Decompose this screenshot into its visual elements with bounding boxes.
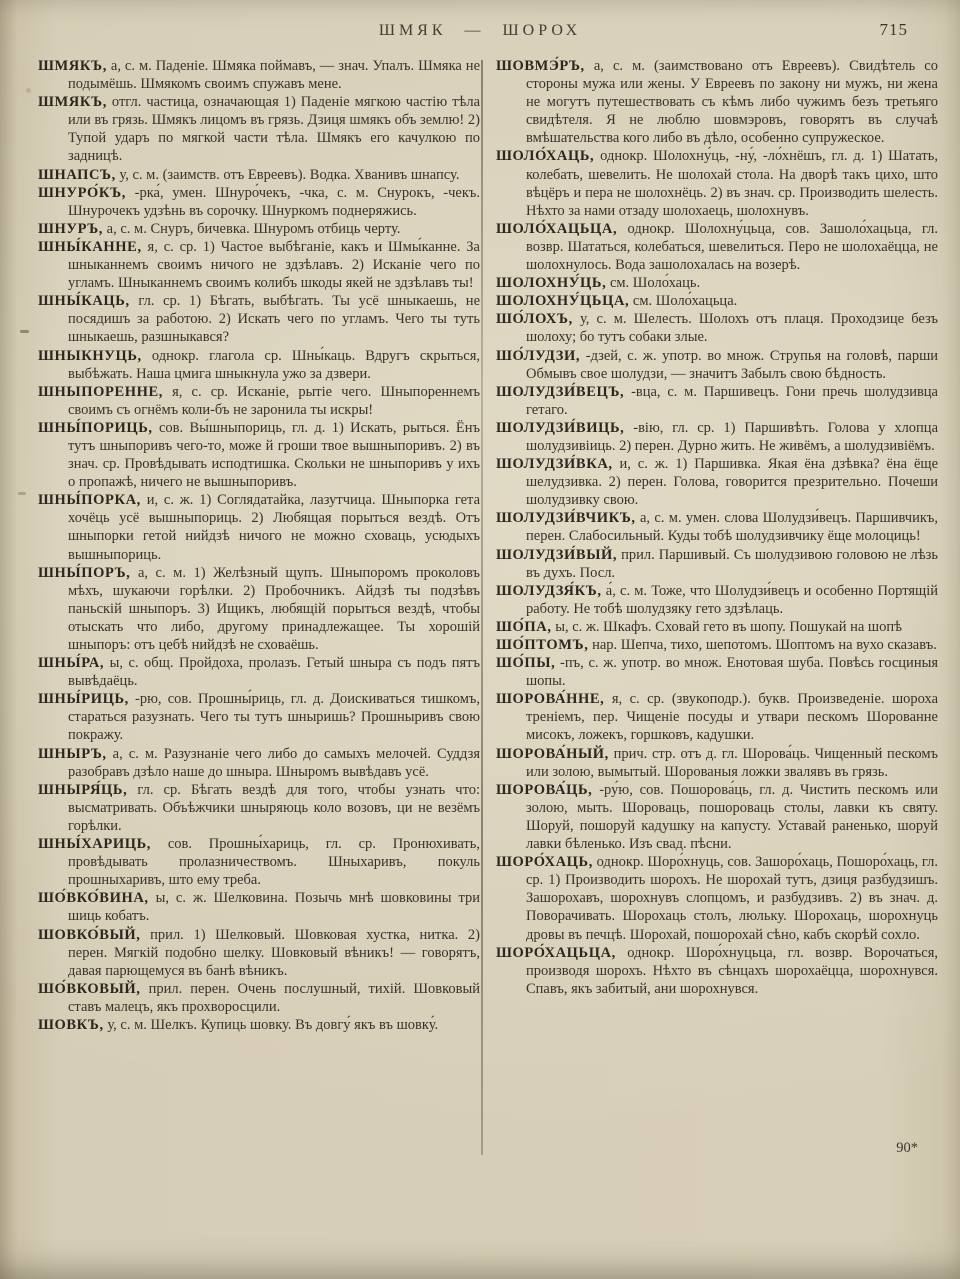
entry-headword: ШОРОВА́НЫЙ, [496,746,609,762]
entry-headword: ШНЫКНУЦЬ, [38,348,142,364]
dictionary-entry: ШОЛУДЗИ́ВКА, и, с. ж. 1) Паршивка. Якая … [496,455,938,509]
dictionary-entry: ШО́ПЫ, -пъ, с. ж. употр. во множ. Енотов… [496,654,938,690]
entry-definition: у, с. м. (заимств. отъ Евреевъ). Водка. … [119,167,459,183]
entry-definition: ы, с. ж. Шкафъ. Сховай гето въ шопу. Пош… [555,619,902,635]
dictionary-entry: ШОРО́ХАЦЬЦА, однокр. Шоро́хнуцьца, гл. в… [496,944,938,998]
entry-definition: гл. ср. Бѣгать вездѣ для того, чтобы узн… [68,782,480,834]
dictionary-entry: ШНУРЪ, а, с. м. Снуръ, бичевка. Шнуромъ … [38,220,480,238]
scan-artifact [20,330,29,333]
page-number: 715 [880,20,909,40]
entry-headword: ШО́ВКО́ВИНА, [38,890,149,906]
entry-headword: ШО́ЛУДЗИ, [496,348,580,364]
dictionary-entry: ШНЫ́РА, ы, с. общ. Пройдоха, пролазъ. Ге… [38,654,480,690]
entry-headword: ШНЫ́КАЦЬ, [38,293,130,309]
dictionary-entry: ШОЛО́ХАЦЬ, однокр. Шолохну́ць, -ну́, -ло… [496,147,938,219]
dictionary-entry: ШОЛОХНУ́ЦЬ, см. Шоло́хаць. [496,274,938,292]
entry-headword: ШНАПСЪ, [38,167,116,183]
dictionary-entry: ШО́ПА, ы, с. ж. Шкафъ. Сховай гето въ шо… [496,618,938,636]
dictionary-entry: ШНЫ́ПОРКА, и, с. ж. 1) Соглядатайка, лаз… [38,491,480,563]
dictionary-entry: ШМЯКЪ, а, с. м. Паденіе. Шмяка поймавъ, … [38,57,480,93]
text-columns: ШМЯКЪ, а, с. м. Паденіе. Шмяка поймавъ, … [38,57,938,1034]
entry-headword: ШОЛОХНУ́ЦЬ, [496,275,606,291]
dictionary-entry: ШОЛУДЗИ́ВИЦЬ, -вію, гл. ср. 1) Паршивѣть… [496,419,938,455]
entry-definition: отгл. частица, означающая 1) Паденіе мяг… [68,94,480,164]
running-head-last-word: ШОРОХ [503,22,582,39]
entry-definition: -дзей, с. ж. употр. во множ. Струпья на … [526,348,938,382]
running-head-first-word: ШМЯК [379,22,447,39]
dictionary-entry: ШО́ЛОХЪ, у, с. м. Шелесть. Шолохъ отъ пл… [496,310,938,346]
dictionary-entry: ШОРОВА́ННЕ, я, с. ср. (звукоподр.). букв… [496,690,938,744]
entry-headword: ШНУРЪ, [38,221,103,237]
left-column: ШМЯКЪ, а, с. м. Паденіе. Шмяка поймавъ, … [38,57,480,1034]
dictionary-entry: ШОВМЭ́РЪ, а, с. м. (заимствовано отъ Евр… [496,57,938,147]
entry-headword: ШНЫПОРЕННЕ, [38,384,163,400]
entry-definition: а, с. м. (заимствовано отъ Евреевъ). Сви… [526,58,938,146]
entry-headword: ШНЫ́ПОРКА, [38,492,141,508]
entry-headword: ШОЛУДЗИ́ВИЦЬ, [496,420,624,436]
dictionary-entry: ШНЫПОРЕННЕ, я, с. ср. Исканіе, рытіе чег… [38,383,480,419]
dictionary-entry: ШМЯКЪ, отгл. частица, означающая 1) Паде… [38,93,480,165]
dictionary-entry: ШНЫ́ХАРИЦЬ, сов. Прошны́хариць, гл. ср. … [38,835,480,889]
running-head: ШМЯК — ШОРОХ [0,22,960,40]
entry-definition: у, с. м. Шелкъ. Купиць шовку. Въ довгу́ … [107,1017,438,1033]
entry-headword: ШОЛУДЗЯ́КЪ, [496,583,602,599]
entry-headword: ШНЫ́КАННЕ, [38,239,142,255]
entry-headword: ШОЛУДЗИ́ВКА, [496,456,613,472]
entry-definition: -рю, сов. Прошны́риць, гл. д. Доискивать… [68,691,480,743]
entry-definition: ы, с. общ. Пройдоха, пролазъ. Гетый шныр… [68,655,480,689]
entry-headword: ШНЫРЯ́ЦЬ, [38,782,127,798]
entry-headword: ШОЛО́ХАЦЬЦА, [496,221,617,237]
dictionary-entry: ШНЫ́КАЦЬ, гл. ср. 1) Бѣгать, выбѣгать. Т… [38,292,480,346]
entry-headword: ШНЫРЪ, [38,746,107,762]
dictionary-entry: ШО́ЛУДЗИ, -дзей, с. ж. употр. во множ. С… [496,347,938,383]
entry-headword: ШО́ЛОХЪ, [496,311,573,327]
entry-headword: ШОВМЭ́РЪ, [496,58,585,74]
entry-definition: -рка́, умен. Шнуро́чекъ, -чка, с. м. Сну… [68,185,480,219]
right-column: ШОВМЭ́РЪ, а, с. м. (заимствовано отъ Евр… [496,57,938,1034]
entry-headword: ШНЫ́РА, [38,655,104,671]
entry-headword: ШОЛУДЗИ́ВЧИКЪ, [496,510,636,526]
dictionary-entry: ШОРОВА́ЦЬ, -ру́ю, сов. Пошорова́ць, гл. … [496,781,938,853]
dictionary-entry: ШОРОВА́НЫЙ, прич. стр. отъ д. гл. Шорова… [496,745,938,781]
entry-headword: ШО́ВКОВЫЙ, [38,981,141,997]
entry-definition: а, с. м. Паденіе. Шмяка поймавъ, — знач.… [68,58,480,92]
dictionary-entry: ШОЛУДЗИ́ВЧИКЪ, а, с. м. умен. слова Шолу… [496,509,938,545]
dictionary-entry: ШНЫРЯ́ЦЬ, гл. ср. Бѣгать вездѣ для того,… [38,781,480,835]
entry-definition: см. Шоло́хацьца. [633,293,737,309]
dictionary-entry: ШО́ВКО́ВИНА, ы, с. ж. Шелковина. Позычь … [38,889,480,925]
entry-headword: ШНЫ́ПОРИЦЬ, [38,420,153,436]
dictionary-entry: ШОРО́ХАЦЬ, однокр. Шоро́хнуць, сов. Зашо… [496,853,938,943]
entry-headword: ШО́ПТОМЪ, [496,637,588,653]
running-head-separator: — [465,22,485,39]
scanned-dictionary-page: ШМЯК — ШОРОХ 715 ШМЯКЪ, а, с. м. Паденіе… [0,0,960,1279]
entry-definition: у, с. м. Шелесть. Шолохъ отъ плаця. Прох… [526,311,938,345]
dictionary-entry: ШНУРО́КЪ, -рка́, умен. Шнуро́чекъ, -чка,… [38,184,480,220]
entry-headword: ШОРО́ХАЦЬ, [496,854,593,870]
scan-artifact [18,492,26,495]
dictionary-entry: ШОЛУДЗЯ́КЪ, а́, с. м. Тоже, что Шолудзи́… [496,582,938,618]
entry-headword: ШНЫ́РИЦЬ, [38,691,129,707]
entry-headword: ШМЯКЪ, [38,58,107,74]
entry-headword: ШНУРО́КЪ, [38,185,126,201]
dictionary-entry: ШОВКО́ВЫЙ, прил. 1) Шелковый. Шовковая х… [38,926,480,980]
entry-headword: ШО́ПЫ, [496,655,555,671]
entry-headword: ШОЛОХНУ́ЦЬЦА, [496,293,629,309]
dictionary-entry: ШО́ПТОМЪ, нар. Шепча, тихо, шепотомъ. Шо… [496,636,938,654]
entry-definition: гл. ср. 1) Бѣгать, выбѣгать. Ты усё шнык… [68,293,480,345]
dictionary-entry: ШОЛУДЗИ́ВЫЙ, прил. Паршивый. Съ шолудзив… [496,546,938,582]
dictionary-entry: ШНЫКНУЦЬ, однокр. глагола ср. Шны́каць. … [38,347,480,383]
entry-headword: ШОРО́ХАЦЬЦА, [496,945,616,961]
entry-headword: ШОРОВА́ННЕ, [496,691,604,707]
entry-headword: ШОВКЪ, [38,1017,104,1033]
entry-definition: см. Шоло́хаць. [610,275,700,291]
dictionary-entry: ШОЛУДЗИ́ВЕЦЪ, -вца, с. м. Паршивецъ. Гон… [496,383,938,419]
entry-headword: ШОЛУДЗИ́ВЕЦЪ, [496,384,624,400]
entry-headword: ШОЛУДЗИ́ВЫЙ, [496,547,617,563]
entry-headword: ШОРОВА́ЦЬ, [496,782,592,798]
entry-definition: -пъ, с. ж. употр. во множ. Енотовая шуба… [526,655,938,689]
entry-headword: ШОЛО́ХАЦЬ, [496,148,594,164]
dictionary-entry: ШНЫ́ПОРИЦЬ, сов. Вы́шныпориць, гл. д. 1)… [38,419,480,491]
dictionary-entry: ШО́ВКОВЫЙ, прил. перен. Очень послушный,… [38,980,480,1016]
dictionary-entry: ШНАПСЪ, у, с. м. (заимств. отъ Евреевъ).… [38,166,480,184]
entry-definition: нар. Шепча, тихо, шепотомъ. Шоптомъ на в… [592,637,937,653]
entry-definition: а, с. м. Разузнаніе чего либо до самыхъ … [68,746,480,780]
dictionary-entry: ШОЛОХНУ́ЦЬЦА, см. Шоло́хацьца. [496,292,938,310]
dictionary-entry: ШОЛО́ХАЦЬЦА, однокр. Шолохну́цьца, сов. … [496,220,938,274]
entry-definition: а, с. м. Снуръ, бичевка. Шнуромъ отбиць … [107,221,401,237]
printers-signature-mark: 90* [896,1140,918,1157]
dictionary-entry: ШНЫ́ПОРЪ, а, с. м. 1) Желѣзный щупъ. Шны… [38,564,480,654]
entry-headword: ШМЯКЪ, [38,94,107,110]
entry-headword: ШОВКО́ВЫЙ, [38,927,141,943]
entry-headword: ШНЫ́ХАРИЦЬ, [38,836,151,852]
dictionary-entry: ШОВКЪ, у, с. м. Шелкъ. Купиць шовку. Въ … [38,1016,480,1034]
dictionary-entry: ШНЫРЪ, а, с. м. Разузнаніе чего либо до … [38,745,480,781]
scan-artifact [26,88,31,93]
dictionary-entry: ШНЫ́КАННЕ, я, с. ср. 1) Частое выбѣганіе… [38,238,480,292]
entry-headword: ШО́ПА, [496,619,552,635]
dictionary-entry: ШНЫ́РИЦЬ, -рю, сов. Прошны́риць, гл. д. … [38,690,480,744]
entry-definition: а, с. м. 1) Желѣзный щупъ. Шныпоромъ про… [68,565,480,653]
entry-headword: ШНЫ́ПОРЪ, [38,565,130,581]
